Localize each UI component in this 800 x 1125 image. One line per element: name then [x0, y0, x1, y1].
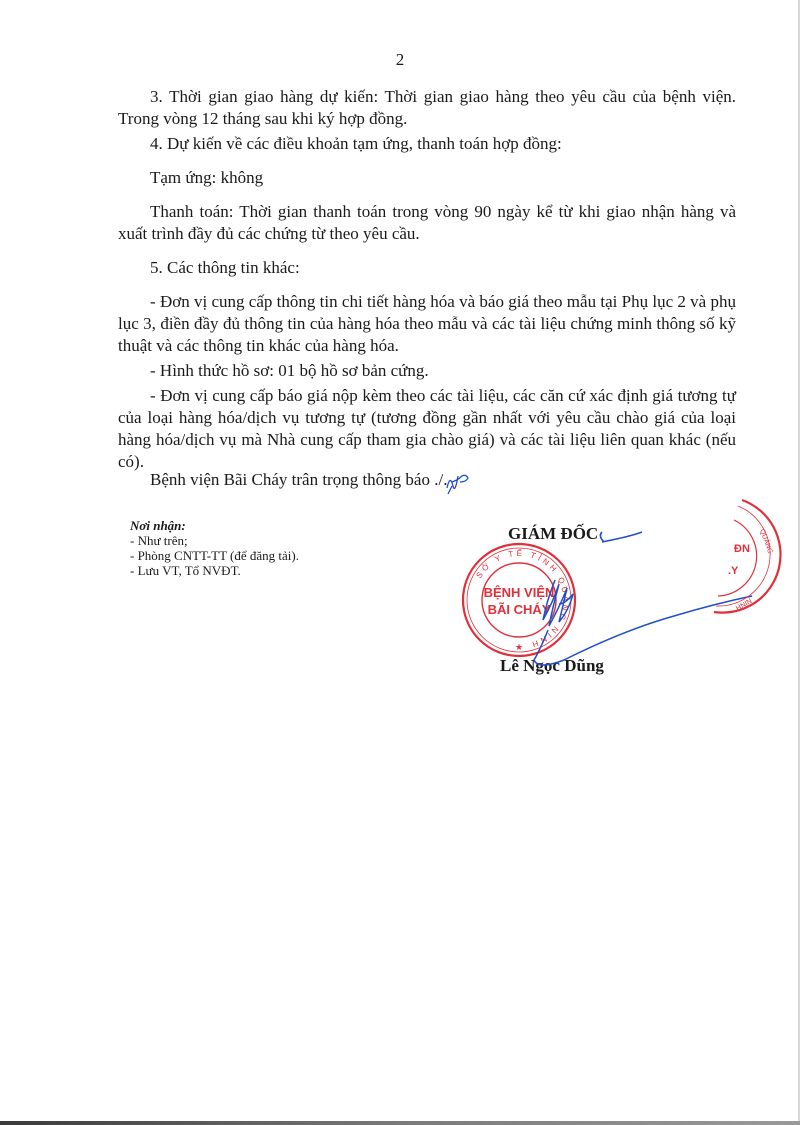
partial-stamp-icon: ĐN .Y QUẢNG NINH	[714, 500, 781, 613]
paragraph-payment: Thanh toán: Thời gian thanh toán trong v…	[118, 201, 736, 245]
document-body: 3. Thời gian giao hàng dự kiến: Thời gia…	[118, 86, 736, 480]
closing-line: Bệnh viện Bãi Cháy trân trọng thông báo …	[150, 470, 447, 490]
paragraph-other-info-heading: 5. Các thông tin khác:	[118, 257, 736, 279]
paragraph-advance: Tạm ứng: không	[118, 167, 736, 189]
recipient-item: - Lưu VT, Tổ NVĐT.	[130, 563, 299, 578]
signature-scribble	[534, 580, 752, 665]
paragraph-payment-terms-heading: 4. Dự kiến về các điều khoản tạm ứng, th…	[118, 133, 736, 155]
signatory-name: Lê Ngọc Dũng	[500, 656, 604, 676]
svg-text:NINH: NINH	[734, 596, 752, 611]
svg-text:★: ★	[515, 642, 523, 652]
signatory-title: GIÁM ĐỐC	[508, 524, 598, 544]
paragraph-supplier-info: - Đơn vị cung cấp thông tin chi tiết hàn…	[118, 291, 736, 357]
svg-text:ĐN: ĐN	[734, 543, 750, 555]
svg-text:QUẢNG: QUẢNG	[758, 528, 775, 555]
page-number: 2	[0, 50, 800, 70]
svg-text:BÃI CHÁY: BÃI CHÁY	[488, 602, 551, 617]
svg-text:BỆNH VIỆN: BỆNH VIỆN	[484, 585, 555, 600]
check-mark	[600, 532, 642, 542]
recipients-block: Nơi nhận: - Như trên; - Phòng CNTT-TT (đ…	[130, 518, 299, 578]
recipient-item: - Phòng CNTT-TT (để đăng tải).	[130, 548, 299, 563]
recipients-title: Nơi nhận:	[130, 518, 299, 533]
svg-text:.Y: .Y	[728, 565, 739, 577]
paragraph-document-form: - Hình thức hồ sơ: 01 bộ hồ sơ bản cứng.	[118, 360, 736, 382]
paragraph-quote-attachments: - Đơn vị cung cấp báo giá nộp kèm theo c…	[118, 385, 736, 473]
page-bottom-edge	[0, 1121, 800, 1125]
svg-text:SỞ Y TẾ TỈNH QUẢNG NINH: SỞ Y TẾ TỈNH QUẢNG NINH	[474, 548, 570, 650]
recipient-item: - Như trên;	[130, 533, 299, 548]
paragraph-delivery-time: 3. Thời gian giao hàng dự kiến: Thời gia…	[118, 86, 736, 130]
stamp-icon: SỞ Y TẾ TỈNH QUẢNG NINH BỆNH VIỆN BÃI CH…	[463, 544, 575, 656]
